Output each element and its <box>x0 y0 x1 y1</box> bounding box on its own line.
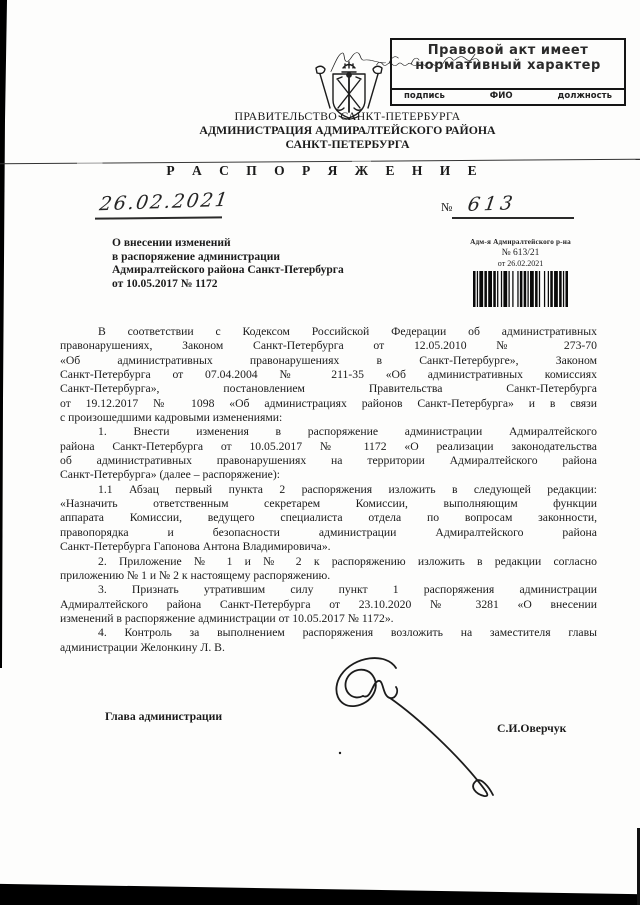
body-line: Санкт-Петербурга от 07.04.2004 № 211-35 … <box>60 368 597 382</box>
subject-line: О внесении изменений <box>112 237 432 251</box>
body-paragraph: 1.1 Абзац первый пункта 2 распоряжения и… <box>60 483 597 555</box>
handwritten-number: 613 <box>466 192 518 216</box>
body-paragraph: 1. Внести изменения в распоряжение админ… <box>60 425 597 482</box>
body-line: 1.1 Абзац первый пункта 2 распоряжения и… <box>60 483 597 497</box>
body-line: с произошедшими кадровыми изменениями: <box>60 411 597 425</box>
body-line: Адмиралтейского района Санкт-Петербурга … <box>60 598 597 612</box>
subject-line: в распоряжение администрации <box>112 251 432 265</box>
scan-edge-left <box>0 0 10 668</box>
date-underline <box>95 216 222 219</box>
body-line: администрации Желонкину Л. В. <box>60 641 597 655</box>
subject-block: О внесении изменений в распоряжение адми… <box>112 237 432 291</box>
body-line: района Санкт-Петербурга от 10.05.2017 № … <box>60 440 597 454</box>
body-paragraph: В соответствии с Кодексом Российской Фед… <box>60 325 597 425</box>
body-line: 1. Внести изменения в распоряжение админ… <box>60 425 597 439</box>
registration-stamp: Адм-я Адмиралтейского р-на № 613/21 от 2… <box>443 238 598 312</box>
stamp-label-position: должность <box>558 91 612 104</box>
body-line: от 19.12.2017 № 1098 «Об администрациях … <box>60 397 597 411</box>
body-line: изменений в распоряжение администрации о… <box>60 612 597 626</box>
body-line: об административных правонарушениях на т… <box>60 454 597 468</box>
stamp-label-signature: подпись <box>404 91 445 104</box>
body-line: В соответствии с Кодексом Российской Фед… <box>60 325 597 339</box>
body-line: Санкт-Петербурга», постановлением Правит… <box>60 382 597 396</box>
subject-line: Адмиралтейского района Санкт-Петербурга <box>112 264 432 278</box>
body-paragraphs: В соответствии с Кодексом Российской Фед… <box>60 325 597 655</box>
government-line: ПРАВИТЕЛЬСТВО САНКТ-ПЕТЕРБУРГА <box>55 110 640 123</box>
body-line: «Об административных правонарушениях в С… <box>60 354 597 368</box>
body-line: 4. Контроль за выполнением распоряжения … <box>60 626 597 640</box>
body-line: приложению № 1 и № 2 к настоящему распор… <box>60 569 597 583</box>
document-page: Правовой акт имеет нормативный характер … <box>0 0 640 905</box>
registration-org: Адм-я Адмиралтейского р-на <box>443 238 598 246</box>
registration-number: № 613/21 <box>443 248 598 258</box>
body-paragraph: 4. Контроль за выполнением распоряжения … <box>60 626 597 655</box>
registration-date: от 26.02.2021 <box>443 259 598 268</box>
stamp-label-name: ФИО <box>490 91 513 104</box>
normative-act-stamp: Правовой акт имеет нормативный характер … <box>390 38 626 106</box>
body-line: «Назначить ответственным секретарем Коми… <box>60 497 597 511</box>
stamp-text-line2: нормативный характер <box>392 58 624 73</box>
body-paragraph: 2. Приложение № 1 и № 2 к распоряжению и… <box>60 555 597 584</box>
stamp-text-line1: Правовой акт имеет <box>392 43 624 58</box>
city-line: САНКТ-ПЕТЕРБУРГА <box>55 138 640 151</box>
body-paragraph: 3. Признать утратившим силу пункт 1 расп… <box>60 583 597 626</box>
body-line: правонарушениях, Законом Санкт-Петербург… <box>60 339 597 353</box>
body-line: аппарата Комиссии, ведущего специалиста … <box>60 511 597 525</box>
signer-position: Глава администрации <box>105 710 222 723</box>
body-line: правопорядка и безопасности администраци… <box>60 526 597 540</box>
stamp-labels-row: подпись ФИО должность <box>392 88 624 104</box>
number-underline <box>452 217 574 219</box>
body-line: 3. Признать утратившим силу пункт 1 расп… <box>60 583 597 597</box>
signer-name: С.И.Оверчук <box>497 722 566 735</box>
body-line: Санкт-Петербурга Гапонова Антона Владими… <box>60 540 597 554</box>
document-type-title: Р А С П О Р Я Ж Е Н И Е <box>0 163 640 179</box>
barcode-icon <box>473 271 568 307</box>
number-sign-label: № <box>441 200 452 215</box>
letterhead: ПРАВИТЕЛЬСТВО САНКТ-ПЕТЕРБУРГА АДМИНИСТР… <box>55 110 640 151</box>
administration-line: АДМИНИСТРАЦИЯ АДМИРАЛТЕЙСКОГО РАЙОНА <box>55 124 640 137</box>
subject-line: от 10.05.2017 № 1172 <box>112 278 432 292</box>
body-line: Санкт-Петербурга» (далее – распоряжение)… <box>60 468 597 482</box>
handwritten-date: 26.02.2021 <box>98 189 231 215</box>
scan-edge-bottom <box>0 881 640 905</box>
body-line: 2. Приложение № 1 и № 2 к распоряжению и… <box>60 555 597 569</box>
